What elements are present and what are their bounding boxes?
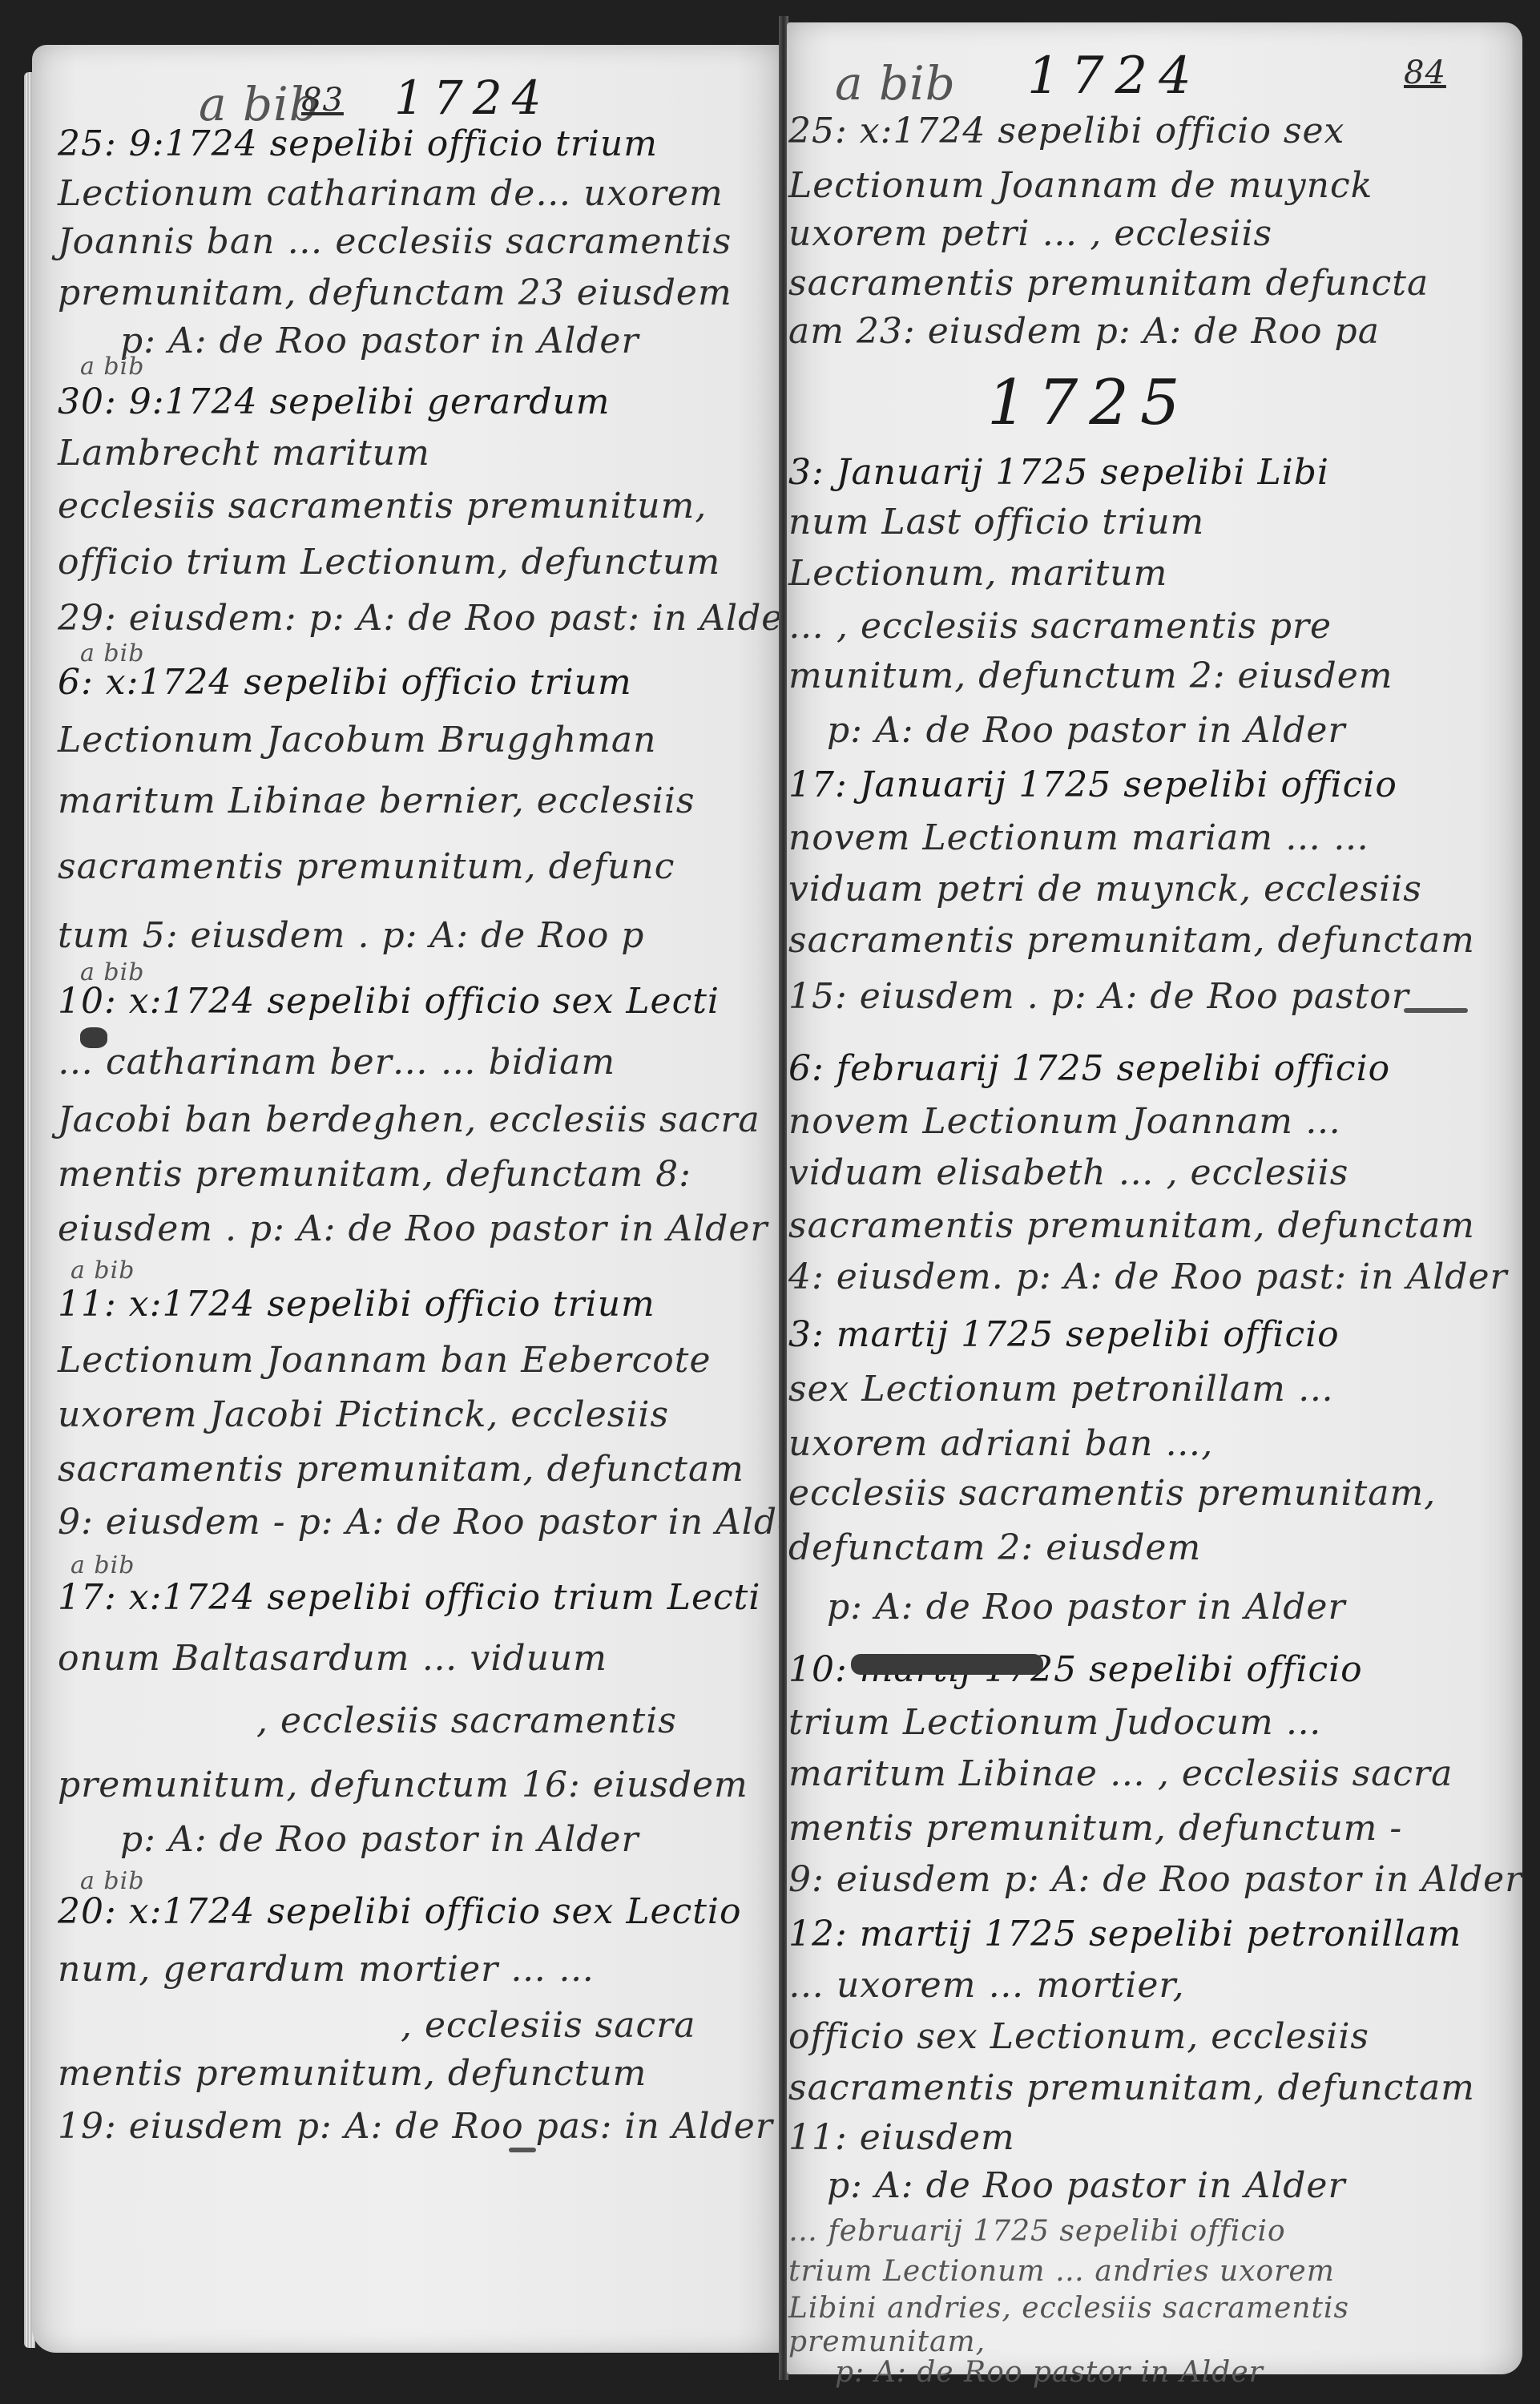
signature-line: eiusdem . p: A: de Roo pastor in Alder xyxy=(58,1208,768,1249)
signature-line: 15: eiusdem . p: A: de Roo pastor xyxy=(788,976,1409,1017)
entry-line: sacramentis premunitam, defunctam xyxy=(788,2067,1475,2108)
entry-line: officio trium Lectionum, defunctum xyxy=(58,542,720,583)
signature-line: 4: eiusdem. p: A: de Roo past: in Alder xyxy=(788,1256,1508,1297)
entry-line: 17: x:1724 sepelibi officio trium Lecti xyxy=(58,1577,760,1618)
signature-line: p: A: de Roo pastor in Alder xyxy=(120,321,639,361)
left-page-number: 83 xyxy=(301,82,344,119)
entry-line: maritum Libinae … , ecclesiis sacra xyxy=(788,1753,1453,1794)
entry-line: mentis premunitam, defunctam 8: xyxy=(58,1154,691,1195)
signature-line: 9: eiusdem p: A: de Roo pastor in Alder xyxy=(788,1859,1522,1900)
ink-stroke xyxy=(1404,1008,1468,1013)
entry-line: , ecclesiis sacra xyxy=(401,2005,695,2046)
entry-line: 6: februarij 1725 sepelibi officio xyxy=(788,1048,1390,1089)
entry-line: sacramentis premunitam defuncta xyxy=(788,263,1429,304)
entry-line: 6: x:1724 sepelibi officio trium xyxy=(58,662,632,703)
entry-line: Lectionum Joannam de muynck xyxy=(788,165,1373,206)
entry-line: sacramentis premunitum, defunc xyxy=(58,846,675,887)
entry-line: 12: martij 1725 sepelibi petronillam xyxy=(788,1914,1461,1954)
signature-line: tum 5: eiusdem . p: A: de Roo p xyxy=(58,915,644,956)
entry-line: sacramentis premunitam, defunctam xyxy=(58,1449,744,1490)
signature-line: p: A: de Roo pastor in Alder xyxy=(827,710,1346,751)
year-heading: 1725 xyxy=(987,367,1191,439)
entry-line: … catharinam ber… … bidiam xyxy=(58,1042,615,1083)
signature-line: p: A: de Roo pastor in Alder xyxy=(835,2356,1264,2389)
entry-line: novem Lectionum Joannam … xyxy=(788,1101,1341,1142)
entry-line: Libini andries, ecclesiis sacramentis xyxy=(788,2292,1349,2325)
right-page: a bib 1724 84 25: x:1724 sepelibi offici… xyxy=(787,22,1522,2374)
entry-line: Lectionum Jacobum Brugghman xyxy=(58,720,656,760)
entry-line: 11: x:1724 sepelibi officio trium xyxy=(58,1284,655,1325)
right-page-number: 84 xyxy=(1404,54,1446,91)
entry-line: Joannis ban … ecclesiis sacramentis xyxy=(58,221,732,262)
left-header-year: 1724 xyxy=(394,71,551,125)
ink-blot xyxy=(80,1027,107,1048)
entry-line: viduam elisabeth … , ecclesiis xyxy=(788,1152,1349,1193)
entry-line: 17: Januarij 1725 sepelibi officio xyxy=(788,764,1397,805)
entry-line: uxorem petri … , ecclesiis xyxy=(788,213,1272,254)
entry-line: mentis premunitum, defunctum xyxy=(58,2053,647,2094)
entry-line: mentis premunitum, defunctum - xyxy=(788,1808,1402,1849)
entry-line: sacramentis premunitam, defunctam xyxy=(788,1205,1475,1246)
entry-line: novem Lectionum mariam … … xyxy=(788,817,1369,858)
ink-strikeout xyxy=(851,1654,1043,1675)
entry-line: trium Lectionum Judocum … xyxy=(788,1702,1322,1743)
entry-line: 3: martij 1725 sepelibi officio xyxy=(788,1314,1340,1355)
right-header-year: 1724 xyxy=(1027,46,1203,106)
entry-line: num, gerardum mortier … … xyxy=(58,1949,595,1990)
entry-line: Lectionum catharinam de… uxorem xyxy=(58,173,724,214)
entry-line: Jacobi ban berdeghen, ecclesiis sacra xyxy=(58,1099,760,1140)
entry-line: 30: 9:1724 sepelibi gerardum xyxy=(58,381,611,422)
signature-line: p: A: de Roo pastor in Alder xyxy=(120,1819,639,1860)
entry-line: munitum, defunctum 2: eiusdem xyxy=(788,655,1393,696)
entry-line: 3: Januarij 1725 sepelibi Libi xyxy=(788,452,1329,493)
entry-line: maritum Libinae bernier, ecclesiis xyxy=(58,780,695,821)
entry-superscript: a bib xyxy=(71,1551,135,1579)
entry-line: onum Baltasardum … viduum xyxy=(58,1638,607,1679)
entry-line: Lectionum Joannam ban Eebercote xyxy=(58,1340,711,1381)
entry-line: num Last officio trium xyxy=(788,502,1204,543)
entry-line: uxorem adriani ban …, xyxy=(788,1423,1213,1464)
entry-line: 20: x:1724 sepelibi officio sex Lectio xyxy=(58,1891,741,1932)
entry-superscript: a bib xyxy=(80,353,144,381)
entry-line: 25: x:1724 sepelibi officio sex xyxy=(788,111,1344,151)
right-header-prefix: a bib xyxy=(835,56,956,111)
entry-line: 25: 9:1724 sepelibi officio trium xyxy=(58,123,658,164)
entry-line: officio sex Lectionum, ecclesiis xyxy=(788,2016,1369,2057)
entry-line: ecclesiis sacramentis premunitum, xyxy=(58,486,707,526)
signature-line: am 23: eiusdem p: A: de Roo pa xyxy=(788,311,1380,352)
entry-line: … , ecclesiis sacramentis pre xyxy=(788,606,1332,647)
signature-line: p: A: de Roo pastor in Alder xyxy=(827,2165,1346,2206)
entry-line: … uxorem … mortier, xyxy=(788,1965,1185,2006)
entry-line: premunitam, xyxy=(788,2325,986,2358)
entry-line: sacramentis premunitam, defunctam xyxy=(788,920,1475,961)
signature-line: 9: eiusdem - p: A: de Roo pastor in Alde… xyxy=(58,1502,816,1543)
entry-line: ecclesiis sacramentis premunitam, xyxy=(788,1473,1436,1514)
ink-stroke xyxy=(509,2148,536,2152)
entry-line: , ecclesiis sacramentis xyxy=(256,1700,677,1741)
left-page: a bib 83 1724 25: 9:1724 sepelibi offici… xyxy=(32,45,781,2353)
entry-line: premunitum, defunctum 16: eiusdem xyxy=(58,1765,748,1805)
entry-line: Lambrecht maritum xyxy=(58,433,430,474)
entry-line: … februarij 1725 sepelibi officio xyxy=(788,2215,1286,2248)
entry-line: Lectionum, maritum xyxy=(788,553,1167,594)
entry-line: 11: eiusdem xyxy=(788,2117,1015,2158)
entry-superscript: a bib xyxy=(71,1256,135,1285)
signature-line: p: A: de Roo pastor in Alder xyxy=(827,1587,1346,1628)
signature-line: 29: eiusdem: p: A: de Roo past: in Alder xyxy=(58,598,800,639)
entry-line: 10: x:1724 sepelibi officio sex Lecti xyxy=(58,981,720,1022)
signature-line: 19: eiusdem p: A: de Roo pas: in Alder xyxy=(58,2106,773,2147)
entry-line: sex Lectionum petronillam … xyxy=(788,1369,1334,1410)
entry-line: defunctam 2: eiusdem xyxy=(788,1527,1201,1568)
entry-line: viduam petri de muynck, ecclesiis xyxy=(788,869,1422,910)
entry-line: uxorem Jacobi Pictinck, ecclesiis xyxy=(58,1394,669,1435)
entry-line: trium Lectionum … andries uxorem xyxy=(788,2255,1335,2288)
entry-line: premunitam, defunctam 23 eiusdem xyxy=(58,272,732,313)
